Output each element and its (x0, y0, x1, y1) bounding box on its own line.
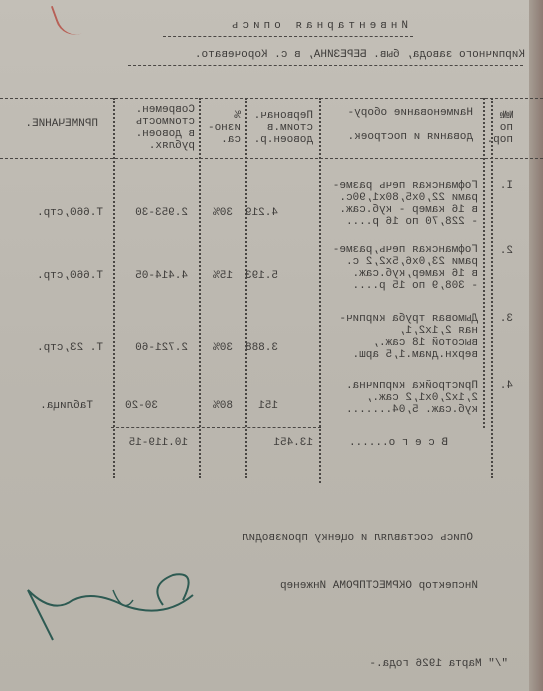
row2-current: 4.414-05 (135, 270, 188, 282)
row1-note: Т.660,стр. (37, 207, 103, 219)
col-divider-5 (113, 98, 115, 478)
col-divider-1b (483, 98, 485, 428)
row2-note: Т.660,стр. (37, 270, 103, 282)
total-orig: 13.451 (273, 437, 313, 449)
row4-orig: 151 (258, 400, 278, 412)
row2-num: 2. (500, 245, 513, 257)
header-current-cost: Современ. стоимость в довоен. рублях. (136, 104, 195, 152)
header-orig-cost: Первонач. стоим.в довоен.р. (254, 110, 313, 146)
total-label: В с е г о...... (349, 437, 448, 449)
row1-current: 2.953-30 (135, 207, 188, 219)
row3-current: 2.721-60 (135, 342, 188, 354)
col-divider-4 (199, 98, 201, 478)
col-divider-2 (319, 98, 321, 483)
row4-wear: 80% (213, 400, 233, 412)
signer-title: Инспектор ОКРМЕСТПРОМА Инженер (280, 580, 478, 592)
row2-name: Гофманская печь,разме- рами 23,0х6,5х2,2… (333, 244, 478, 292)
row4-note: Таблица. (40, 400, 93, 412)
document-subheading: Кирпичного завода, быв. БЕРЕЗИНА, в с. К… (195, 49, 525, 61)
document-date: "/" Марта 1926 года.- (369, 658, 508, 670)
header-num: №№ по пор. (487, 110, 513, 146)
mirrored-document: Инвентарная опись Кирпичного завода, быв… (0, 0, 543, 691)
signature (3, 560, 203, 650)
col-divider-3 (245, 98, 247, 478)
document-heading: Инвентарная опись (228, 20, 408, 32)
row1-name: Гофманская печь разме- рами 22,0х5,80х1,… (333, 180, 478, 228)
header-bottom-rule (0, 158, 543, 159)
header-name: Наименование обору- дования и построек. (348, 107, 473, 143)
table-top-rule (0, 98, 543, 99)
row1-wear: 30% (213, 207, 233, 219)
compiled-by-text: Опись составлял и оценку производил (242, 532, 473, 544)
row3-note: Т. 23,стр. (37, 342, 103, 354)
row3-orig: 3.888 (245, 342, 278, 354)
row1-orig: 4.219 (245, 207, 278, 219)
header-wear: % изно- са. (208, 110, 241, 146)
col-divider-1 (491, 98, 493, 478)
row4-num: 4. (500, 380, 513, 392)
total-current: 10.119-15 (129, 437, 188, 449)
red-pencil-mark (51, 0, 93, 40)
row3-wear: 30% (213, 342, 233, 354)
header-note: ПРИМЕЧАНИЕ. (25, 118, 98, 130)
document-page: Инвентарная опись Кирпичного завода, быв… (0, 0, 543, 691)
row4-current: 30-20 (125, 400, 158, 412)
row2-orig: 5.193 (245, 270, 278, 282)
row3-num: 3. (500, 313, 513, 325)
subheading-underline (128, 65, 523, 66)
row2-wear: 15% (213, 270, 233, 282)
heading-underline (163, 36, 413, 37)
row4-name: Пристройка кирпична. 2,1х2,0х1,2 саж., к… (346, 380, 478, 416)
total-top-rule (111, 427, 321, 428)
row1-num: I. (500, 180, 513, 192)
row3-name: Дымовая труба кирпич- ная 2,1х2,1, высот… (339, 313, 478, 361)
